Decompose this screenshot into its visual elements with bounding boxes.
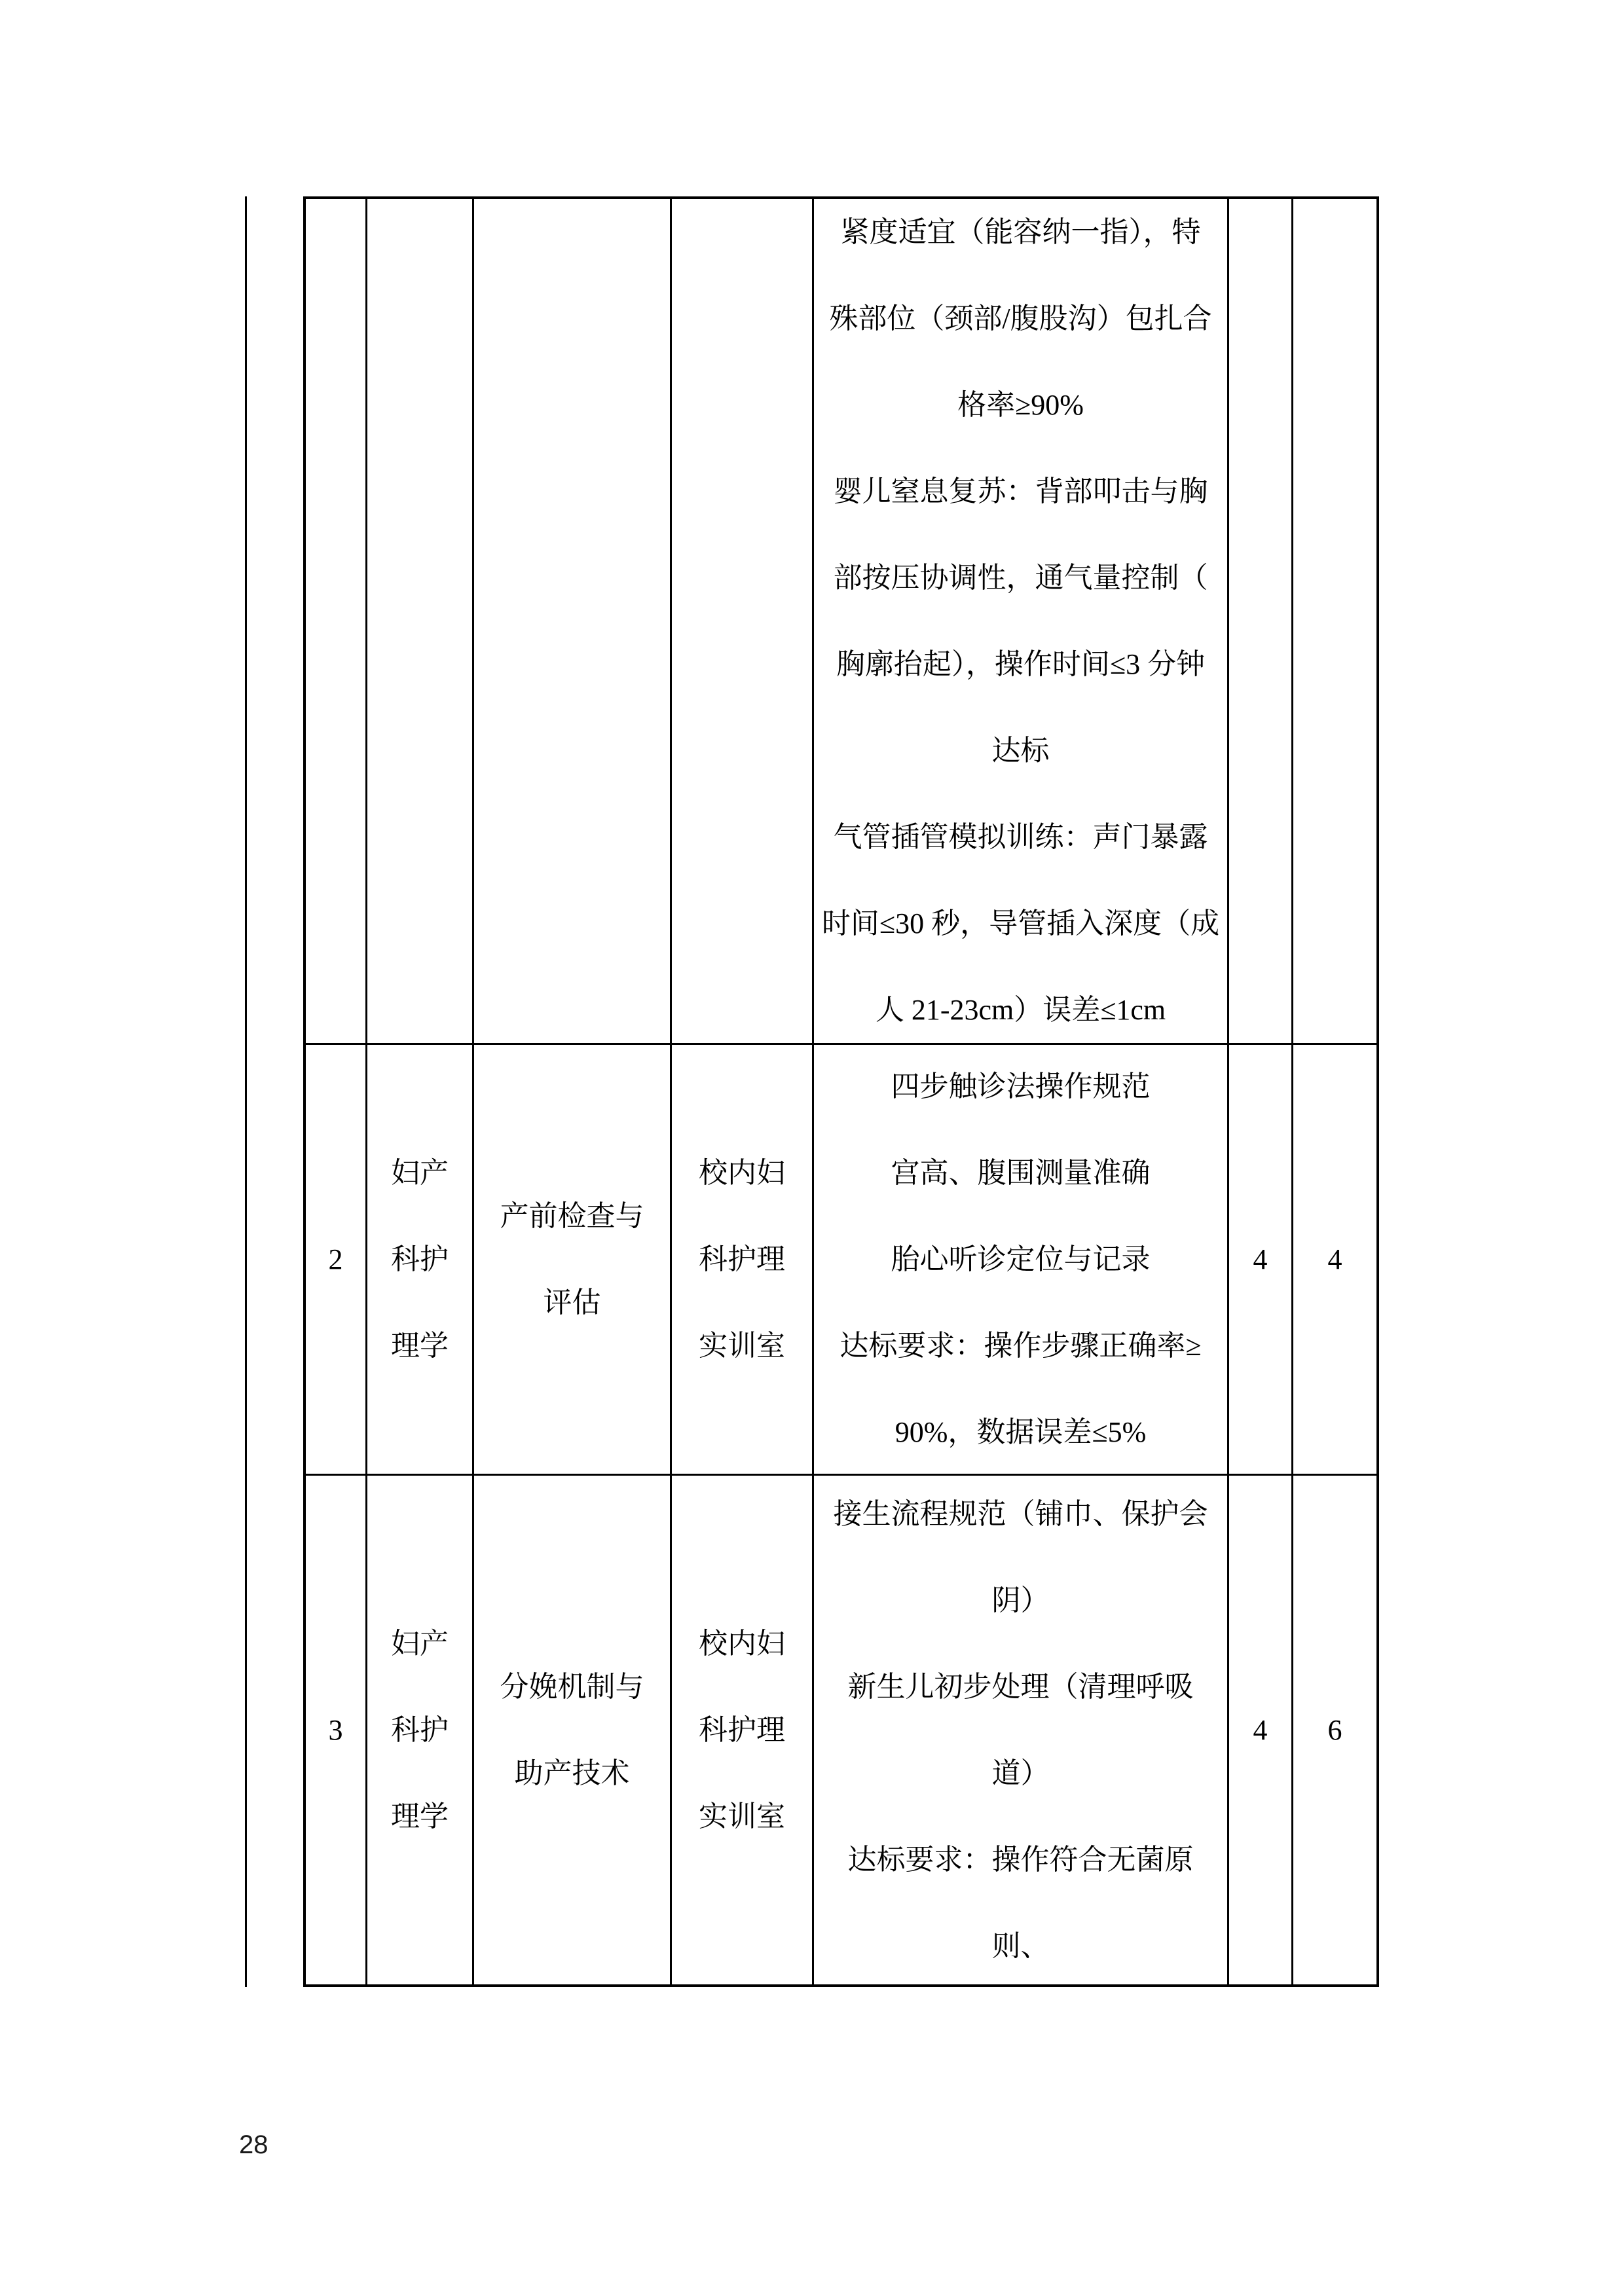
cell-room: 校内妇 科护理 实训室 [672,1476,814,1984]
cell-num-a: 4 [1229,1045,1293,1476]
cell-num-a: 4 [1229,1476,1293,1984]
cell-num-b: 4 [1293,1045,1376,1476]
cell-course: 妇产 科护 理学 [367,1045,474,1476]
cell-course: 妇产 科护 理学 [367,1476,474,1984]
cell-room [672,199,814,1045]
cell-num-b [1293,199,1376,1045]
cell-seq [306,199,367,1045]
cell-num-a [1229,199,1293,1045]
page-number: 28 [239,2129,268,2160]
cell-seq: 2 [306,1045,367,1476]
cell-seq: 3 [306,1476,367,1984]
document-page: 紧度适宜（能容纳一指），特 殊部位（颈部/腹股沟）包扎合 格率≥90% 婴儿窒息… [0,0,1624,2296]
cell-criteria: 紧度适宜（能容纳一指），特 殊部位（颈部/腹股沟）包扎合 格率≥90% 婴儿窒息… [814,199,1229,1045]
cell-room: 校内妇 科护理 实训室 [672,1045,814,1476]
left-margin-vertical-line [245,196,247,1987]
cell-project: 产前检查与 评估 [474,1045,672,1476]
cell-criteria: 四步触诊法操作规范 宫高、腹围测量准确 胎心听诊定位与记录 达标要求：操作步骤正… [814,1045,1229,1476]
document-table: 紧度适宜（能容纳一指），特 殊部位（颈部/腹股沟）包扎合 格率≥90% 婴儿窒息… [303,196,1379,1987]
cell-course [367,199,474,1045]
cell-criteria: 分娩体位指导 接生流程规范（铺巾、保护会 阴） 新生儿初步处理（清理呼吸道） 达… [814,1476,1229,1984]
cell-project [474,199,672,1045]
cell-num-b: 6 [1293,1476,1376,1984]
cell-project: 分娩机制与 助产技术 [474,1476,672,1984]
